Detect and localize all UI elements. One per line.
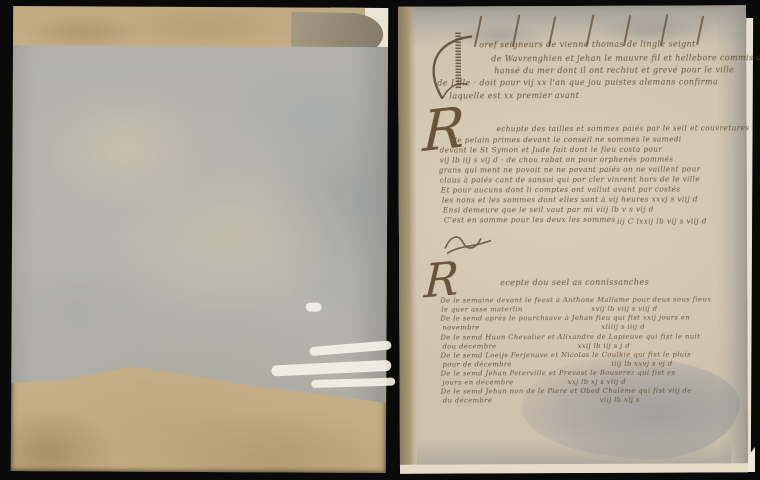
manuscript-text-line: Ensi demeure que le seil vaut par mi vii… bbox=[443, 205, 654, 215]
entry-line: De le semd Jehan non de le Piere et Obed… bbox=[441, 386, 692, 395]
manuscript-text-line: hansé du mer dont il ont rechiut et grev… bbox=[494, 65, 734, 75]
white-fleck bbox=[306, 303, 322, 312]
right-page: oref seigneurs de vienne thomas de lingl… bbox=[398, 5, 748, 474]
entry-line: De le semd après le pourchsave à Jehan f… bbox=[440, 313, 690, 322]
section-heading: ecepte dou seel as connissanches bbox=[500, 278, 649, 288]
entry-line: De le semd Jehan Peterville et Prevost l… bbox=[441, 369, 676, 378]
manuscript-text-line: de Lille · doit pour vij xx l'an que jou… bbox=[437, 77, 718, 87]
left-page bbox=[11, 6, 388, 473]
manuscript-text-line: grans qui ment ne povoit ne ne povant pa… bbox=[439, 164, 701, 174]
manuscript-text-line: Et pour aucuns dont li comptes ont vallu… bbox=[441, 185, 681, 195]
manuscript-text-line: laquelle est xx premier avant bbox=[449, 91, 579, 101]
deckle-bottom-edge bbox=[417, 437, 730, 464]
entry-line: De le semd Loeijs Ferjenave et Nicolas l… bbox=[440, 350, 691, 359]
manuscript-text-line: C'est en somme pour les deux les sommes bbox=[444, 215, 616, 225]
gutter-rough-edge bbox=[398, 7, 418, 474]
entry-line: novembre bbox=[442, 323, 480, 331]
manuscript-text-line: de Wavrenghien et jehan le mauvre fil et… bbox=[491, 53, 760, 63]
entry-line: De le semd Huon Chevalier et Alixandre d… bbox=[440, 332, 700, 341]
entry-line: du décembre bbox=[443, 396, 493, 404]
entry-amount: xxij lb iij s j d bbox=[577, 342, 630, 350]
entry-amount: xliiij s iiij d bbox=[601, 323, 645, 331]
manuscript-text-line: les nons et les sommes dont elles sont à… bbox=[442, 194, 698, 204]
entry-amount: viij lb xij s bbox=[600, 396, 640, 404]
entry-line: pour de décembre bbox=[443, 360, 512, 368]
entry-amount: xvij lb viij s viij d bbox=[591, 305, 657, 313]
manuscript-text-line: vij lb iij s vij d · de chou rabat on po… bbox=[440, 155, 674, 165]
manuscript-text-line: echupte des tailles et sommes paiés par … bbox=[496, 123, 749, 133]
manuscript-text-line: devant le St Symon et Jude fait dont le … bbox=[440, 145, 663, 155]
manuscript-text-line: claus à paiés cant de sansoi qui por cle… bbox=[440, 174, 700, 184]
entry-amount: xxj lb xj s viij d bbox=[568, 378, 626, 386]
entry-line: De le semaine devant le feest à Anthone … bbox=[440, 295, 711, 304]
amount-total: iij C lxxij lb vij s viij d bbox=[617, 216, 707, 225]
page-bottom-edge bbox=[400, 463, 748, 474]
manuscript-text-line: le pelain primes devant le conseil ne so… bbox=[455, 135, 682, 145]
entry-line: jours en décembre bbox=[443, 378, 514, 386]
entry-line: dou décembre bbox=[442, 342, 496, 350]
manuscript-text-line: oref seigneurs de vienne thomas de lingl… bbox=[479, 39, 696, 49]
gray-overlay-sheet bbox=[11, 45, 388, 413]
entry-line: le quer asse materlin bbox=[441, 305, 522, 313]
manuscript-scan: oref seigneurs de vienne thomas de lingl… bbox=[0, 0, 760, 480]
entry-amount: iiij lb xxvj s vj d bbox=[612, 360, 673, 368]
